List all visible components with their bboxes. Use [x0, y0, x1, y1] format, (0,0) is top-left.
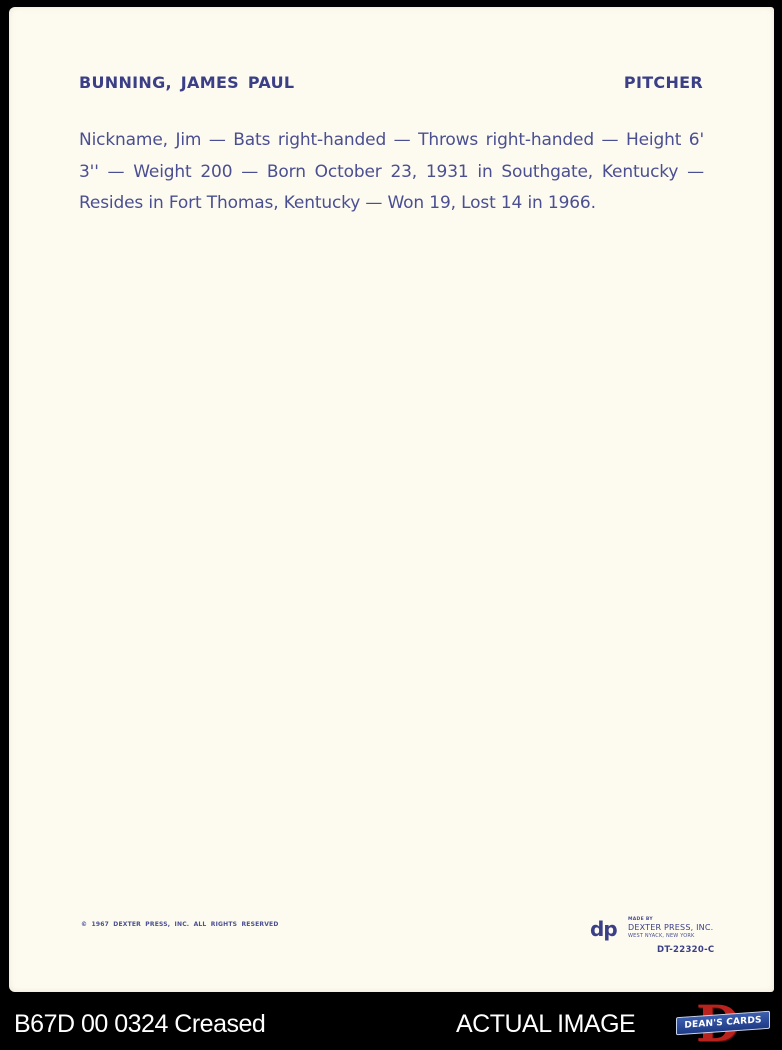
card-back: BUNNING, JAMES PAUL PITCHER Nickname, Ji…: [9, 7, 774, 992]
listing-image: BUNNING, JAMES PAUL PITCHER Nickname, Ji…: [0, 0, 782, 1050]
deans-cards-logo-icon: D DEAN'S CARDS: [676, 999, 772, 1049]
player-name: BUNNING, JAMES PAUL: [79, 73, 294, 92]
listing-footer: B67D 00 0324 Creased ACTUAL IMAGE D DEAN…: [0, 995, 782, 1050]
brand-banner: DEAN'S CARDS: [676, 1011, 770, 1036]
card-code: DT-22320-C: [657, 945, 714, 955]
copyright-notice: © 1967 DEXTER PRESS, INC. ALL RIGHTS RES…: [81, 921, 279, 928]
publisher-name: DEXTER PRESS, INC.: [628, 923, 713, 932]
listing-label: B67D 00 0324 Creased: [14, 1010, 265, 1039]
made-by-label: MADE BY: [628, 917, 653, 922]
player-position: PITCHER: [624, 73, 703, 92]
player-bio: Nickname, Jim — Bats right-handed — Thro…: [79, 125, 704, 220]
publisher-location: WEST NYACK, NEW YORK: [628, 933, 695, 939]
dexter-press-logo-icon: dp: [590, 917, 617, 941]
actual-image-note: ACTUAL IMAGE: [456, 1010, 635, 1039]
publisher-block: dp MADE BY DEXTER PRESS, INC. WEST NYACK…: [590, 914, 710, 964]
